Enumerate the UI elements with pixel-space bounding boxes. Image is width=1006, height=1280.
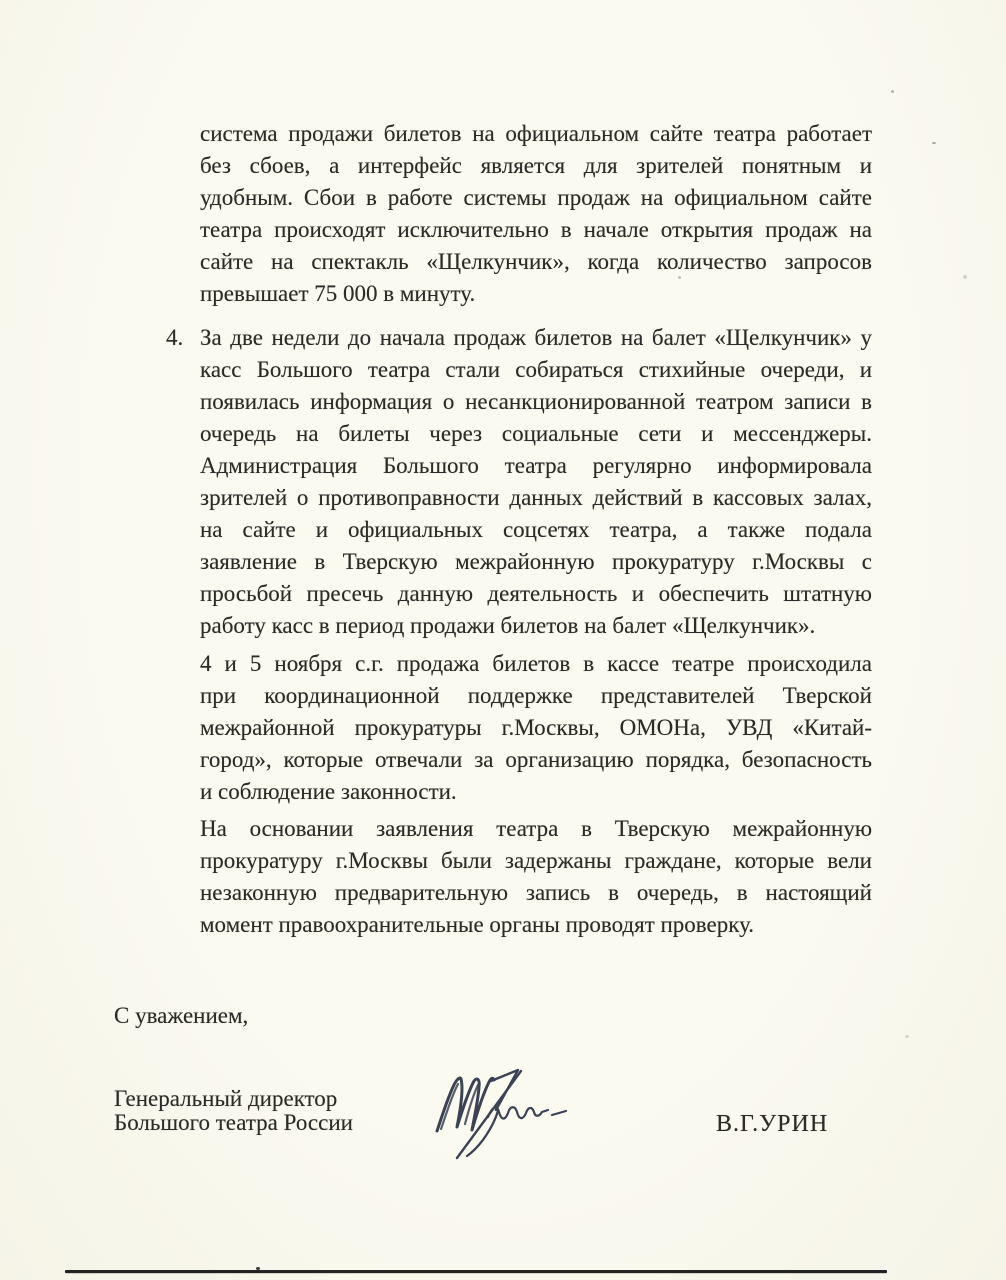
- signature-urin: [420, 1038, 580, 1178]
- signer-title-line-2: Большого театра России: [114, 1111, 353, 1135]
- paragraph-detained: На основании заявления театра в Тверскую…: [200, 813, 872, 941]
- signer-title-line-1: Генеральный директор: [114, 1087, 353, 1111]
- text-line: театра происходят исключительно в начале…: [200, 214, 872, 246]
- text-line: сайте на спектакль «Щелкунчик», когда ко…: [200, 246, 872, 278]
- scan-speck: [678, 276, 681, 279]
- scan-speck: [256, 1267, 260, 1270]
- text-line: система продажи билетов на официальном с…: [200, 118, 872, 150]
- scan-speck: [891, 90, 894, 93]
- text-line: незаконную предварительную запись в очер…: [200, 877, 872, 909]
- text-line: просьбой пресечь данную деятельность и о…: [200, 578, 872, 610]
- text-line: За две недели до начала продаж билетов н…: [200, 322, 872, 354]
- text-line: касс Большого театра стали собираться ст…: [200, 354, 872, 386]
- paragraph-continuation: система продажи билетов на официальном с…: [200, 118, 872, 310]
- text-line: превышает 75 000 в минуту.: [200, 278, 872, 310]
- text-line: на сайте и официальных соцсетях театра, …: [200, 514, 872, 546]
- text-line: город», которые отвечали за организацию …: [200, 744, 872, 776]
- text-line: момент правоохранительные органы проводя…: [200, 909, 872, 941]
- scan-speck: [932, 142, 936, 144]
- paragraph-item-4: За две недели до начала продаж билетов н…: [200, 322, 872, 642]
- signer-title: Генеральный директор Большого театра Рос…: [114, 1087, 353, 1135]
- text-line: На основании заявления театра в Тверскую…: [200, 813, 872, 845]
- list-item-number: 4.: [166, 322, 183, 354]
- text-line: очередь на билеты через социальные сети …: [200, 418, 872, 450]
- text-line: появилась информация о несанкционированн…: [200, 386, 872, 418]
- scan-speck: [905, 1035, 909, 1038]
- text-line: 4 и 5 ноября с.г. продажа билетов в касс…: [200, 648, 872, 680]
- closing-salutation: С уважением,: [114, 1003, 248, 1029]
- scan-speck: [963, 275, 967, 279]
- text-line: прокуратуру г.Москвы были задержаны граж…: [200, 845, 872, 877]
- paragraph-november: 4 и 5 ноября с.г. продажа билетов в касс…: [200, 648, 872, 808]
- text-line: без сбоев, а интерфейс является для зрит…: [200, 150, 872, 182]
- text-line: Администрация Большого театра регулярно …: [200, 450, 872, 482]
- text-line: работу касс в период продажи билетов на …: [200, 610, 872, 642]
- text-line: заявление в Тверскую межрайонную прокура…: [200, 546, 872, 578]
- text-line: и соблюдение законности.: [200, 776, 872, 808]
- text-line: при координационной поддержке представит…: [200, 680, 872, 712]
- text-line: удобным. Сбои в работе системы продаж на…: [200, 182, 872, 214]
- text-line: межрайонной прокуратуры г.Москвы, ОМОНа,…: [200, 712, 872, 744]
- page-bottom-scan-line: [65, 1270, 887, 1273]
- scanned-letter-page: система продажи билетов на официальном с…: [0, 0, 1006, 1280]
- text-line: зрителей о противоправности данных дейст…: [200, 482, 872, 514]
- signer-name: В.Г.УРИН: [716, 1111, 828, 1137]
